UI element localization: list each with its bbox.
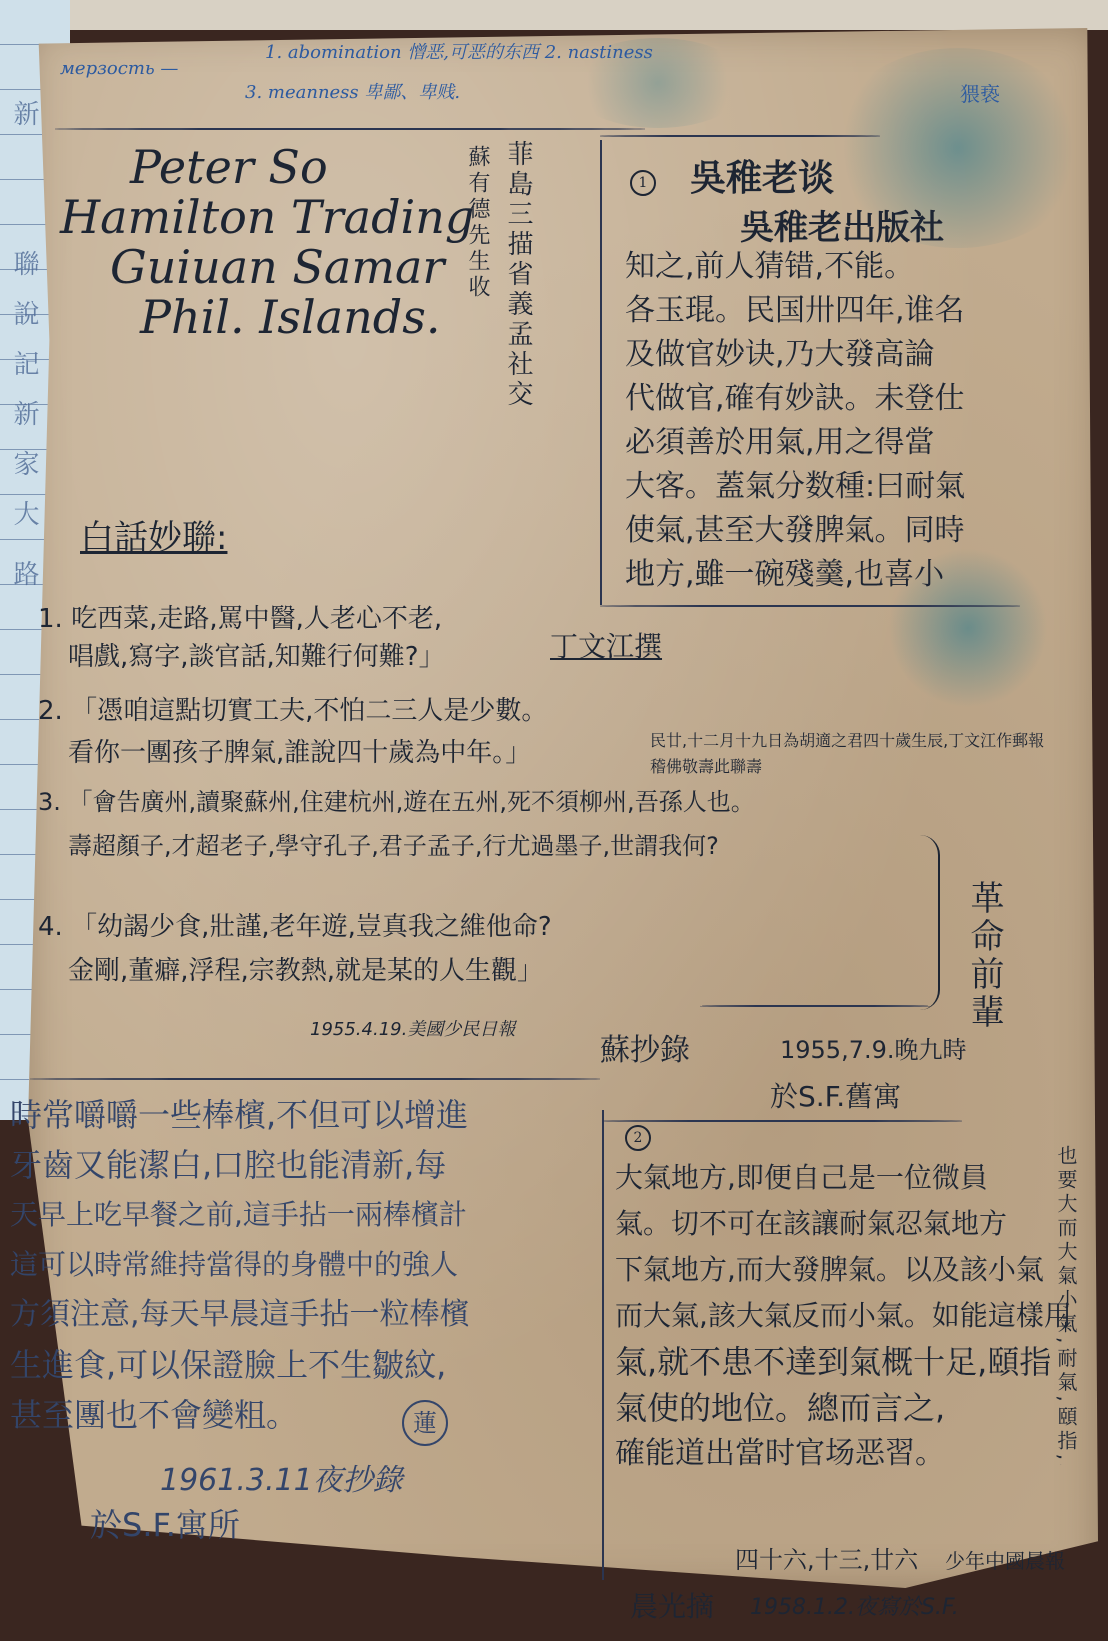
quote-line: 看你一團孩子脾氣,誰說四十歲為中年。」 bbox=[38, 732, 547, 774]
box2-line: 確能道出當时官场恶習。 bbox=[615, 1431, 1072, 1477]
box-left-line: 牙齒又能潔白,口腔也能清新,每 bbox=[10, 1140, 470, 1190]
quote-line: 「幼謁少食,壯謹,老年遊,豈真我之維他命? bbox=[71, 912, 552, 942]
box1-text: 知之,前人猜错,不能。 各玉琨。民国卅四年,谁名 及做官妙诀,乃大發高論 代做官… bbox=[625, 245, 965, 597]
box1-subtitle: 吳稚老出版社 bbox=[740, 200, 944, 249]
quote-line: 唱戲,寫字,談官話,知難行何難?」 bbox=[38, 638, 445, 676]
section-number-1: 1 bbox=[630, 170, 656, 196]
quote-number: 4. bbox=[38, 912, 63, 942]
underpage-char: 家 bbox=[6, 450, 43, 476]
box-left-date: 1961.3.11夜抄錄 bbox=[160, 1455, 403, 1499]
box2-source: 少年中國晨報 bbox=[945, 1545, 1065, 1574]
quotes-heading: 白話妙聯: bbox=[80, 510, 227, 559]
box1-line: 地方,雖一碗殘羹,也喜小 bbox=[625, 553, 965, 597]
box-left-place: 於S.F.寓所 bbox=[90, 1500, 240, 1546]
divider-line bbox=[30, 1078, 600, 1080]
address-company: Hamilton Trading bbox=[60, 190, 474, 244]
definition-line-1: 1. abomination 憎恶,可恶的东西 2. nastiness bbox=[265, 38, 653, 64]
box2-copy-date: 1958.1.2.夜寫於S.F. bbox=[750, 1590, 959, 1621]
address-name: Peter So bbox=[130, 140, 328, 194]
quote-line: 壽超顏子,才超老子,學守孔子,君子孟子,行尤過墨子,世謂我何? bbox=[38, 824, 755, 868]
quote-2: 2. 「憑咱這點切實工夫,不怕二三人是少數。 看你一團孩子脾氣,誰說四十歲為中年… bbox=[38, 690, 547, 774]
quote-line: 「會告廣州,讀聚蘇州,住建杭州,遊在五州,死不須柳州,吾孫人也。 bbox=[69, 788, 755, 816]
seal-mark: 蓮 bbox=[402, 1400, 448, 1446]
box-left-line: 甚至團也不會變粗。 bbox=[10, 1390, 470, 1440]
box1-border-top bbox=[600, 135, 880, 137]
box1-line: 大客。蓋氣分数種:曰耐氣 bbox=[625, 465, 965, 509]
underpage-char: 說 bbox=[6, 300, 43, 326]
bracket-label: 革命前輩 bbox=[960, 880, 1009, 1032]
box2-margin-note: 也要大而大氣小氣,耐氣,頤指,謂之言氣 bbox=[1052, 1145, 1081, 1465]
definition-line-2: 3. meanness 卑鄙、卑贱. bbox=[245, 78, 460, 104]
quote-number: 2. bbox=[38, 696, 63, 726]
box2-signature: 晨光摘 bbox=[630, 1585, 714, 1625]
quote-line: 吃西菜,走路,罵中醫,人老心不老, bbox=[71, 604, 442, 634]
connector-line bbox=[700, 1005, 930, 1007]
box2-line: 氣使的地位。總而言之, bbox=[615, 1385, 1072, 1431]
box1-line: 代做官,確有妙訣。未登仕 bbox=[625, 377, 965, 421]
box1-line: 及做官妙诀,乃大發高論 bbox=[625, 333, 965, 377]
address-chinese-2: 蘇有德先生收 bbox=[462, 145, 493, 301]
copy-date: 1955,7.9.晚九時 bbox=[780, 1030, 967, 1065]
address-town: Guiuan Samar bbox=[110, 240, 444, 294]
box-left-line: 方須注意,每天早晨這手拈一粒棒檳 bbox=[10, 1290, 470, 1340]
address-country: Phil. Islands. bbox=[140, 290, 440, 344]
box1-line: 使氣,甚至大發脾氣。同時 bbox=[625, 509, 965, 553]
address-chinese-1: 菲島三描省義孟社交 bbox=[500, 140, 537, 410]
quote-1-attribution: 丁文江撰 bbox=[550, 625, 662, 665]
box1-line: 知之,前人猜错,不能。 bbox=[625, 245, 965, 289]
box-left-line: 天早上吃早餐之前,這手拈一兩棒檳計 bbox=[10, 1190, 470, 1240]
bracket bbox=[920, 835, 940, 1010]
box2-line: 氣。切不可在該讓耐氣忍氣地方 bbox=[615, 1201, 1072, 1247]
box1-line: 各玉琨。民国卅四年,谁名 bbox=[625, 289, 965, 333]
quote-1: 1. 吃西菜,走路,罵中醫,人老心不老, 唱戲,寫字,談官話,知難行何難?」 bbox=[38, 600, 445, 676]
box1-border-bottom bbox=[600, 605, 1020, 607]
box2-border bbox=[602, 1110, 604, 1580]
box-left-line: 生進食,可以保證臉上不生皺紋, bbox=[10, 1340, 470, 1390]
underpage-char: 新 bbox=[6, 400, 43, 426]
box2-line: 而大氣,該大氣反而小氣。如能這樣用 bbox=[615, 1293, 1072, 1339]
underpage-char: 大 bbox=[6, 500, 43, 526]
copy-note: 蘇抄錄 bbox=[600, 1025, 690, 1069]
box1-title: 吳稚老谈 bbox=[690, 150, 834, 201]
box2-line: 氣,就不患不達到氣概十足,頤指 bbox=[615, 1339, 1072, 1385]
box1-border bbox=[600, 140, 602, 605]
russian-word: мерзость — bbox=[60, 58, 178, 79]
divider-line bbox=[55, 128, 645, 130]
section-number-2: 2 bbox=[625, 1125, 651, 1151]
definition-right: 猥亵 bbox=[960, 78, 1000, 107]
quote-4: 4. 「幼謁少食,壯謹,老年遊,豈真我之維他命? 金剛,董癖,浮程,宗教熱,就是… bbox=[38, 905, 552, 993]
box2-line: 下氣地方,而大發脾氣。以及該小氣 bbox=[615, 1247, 1072, 1293]
box-left-text: 時常嚼嚼一些棒檳,不但可以增進 牙齒又能潔白,口腔也能清新,每 天早上吃早餐之前… bbox=[10, 1090, 470, 1440]
box-left-line: 這可以時常維持當得的身體中的強人 bbox=[10, 1240, 470, 1290]
underpage-char: 新 bbox=[6, 100, 43, 126]
box2-border-top bbox=[602, 1120, 962, 1122]
quote-3: 3. 「會告廣州,讀聚蘇州,住建杭州,遊在五州,死不須柳州,吾孫人也。 壽超顏子… bbox=[38, 780, 755, 868]
box-left-line: 時常嚼嚼一些棒檳,不但可以增進 bbox=[10, 1090, 470, 1140]
quote-number: 1. bbox=[38, 604, 63, 634]
quote-line: 金剛,董癖,浮程,宗教熱,就是某的人生觀」 bbox=[38, 949, 552, 993]
box1-line: 必須善於用氣,用之得當 bbox=[625, 421, 965, 465]
quote-line: 「憑咱這點切實工夫,不怕二三人是少數。 bbox=[71, 696, 547, 726]
copy-place: 於S.F.舊寓 bbox=[770, 1075, 901, 1115]
underpage-char: 路 bbox=[6, 560, 43, 586]
quote-number: 3. bbox=[38, 788, 61, 816]
box2-line: 大氣地方,即便自己是一位微員 bbox=[615, 1155, 1072, 1201]
underpage-char: 聯 bbox=[6, 250, 43, 276]
box2-text: 大氣地方,即便自己是一位微員 氣。切不可在該讓耐氣忍氣地方 下氣地方,而大發脾氣… bbox=[615, 1155, 1072, 1477]
box2-date-line: 四十六,十三,廿六 bbox=[735, 1540, 918, 1575]
quotes-source: 1955.4.19.美國少民日報 bbox=[310, 1015, 515, 1041]
quote-2-note: 民廿,十二月十九日為胡適之君四十歲生辰,丁文江作郵報稽佛敬壽此聯壽 bbox=[650, 728, 1050, 780]
underpage-char: 記 bbox=[6, 350, 43, 376]
background-strip bbox=[0, 0, 1108, 30]
